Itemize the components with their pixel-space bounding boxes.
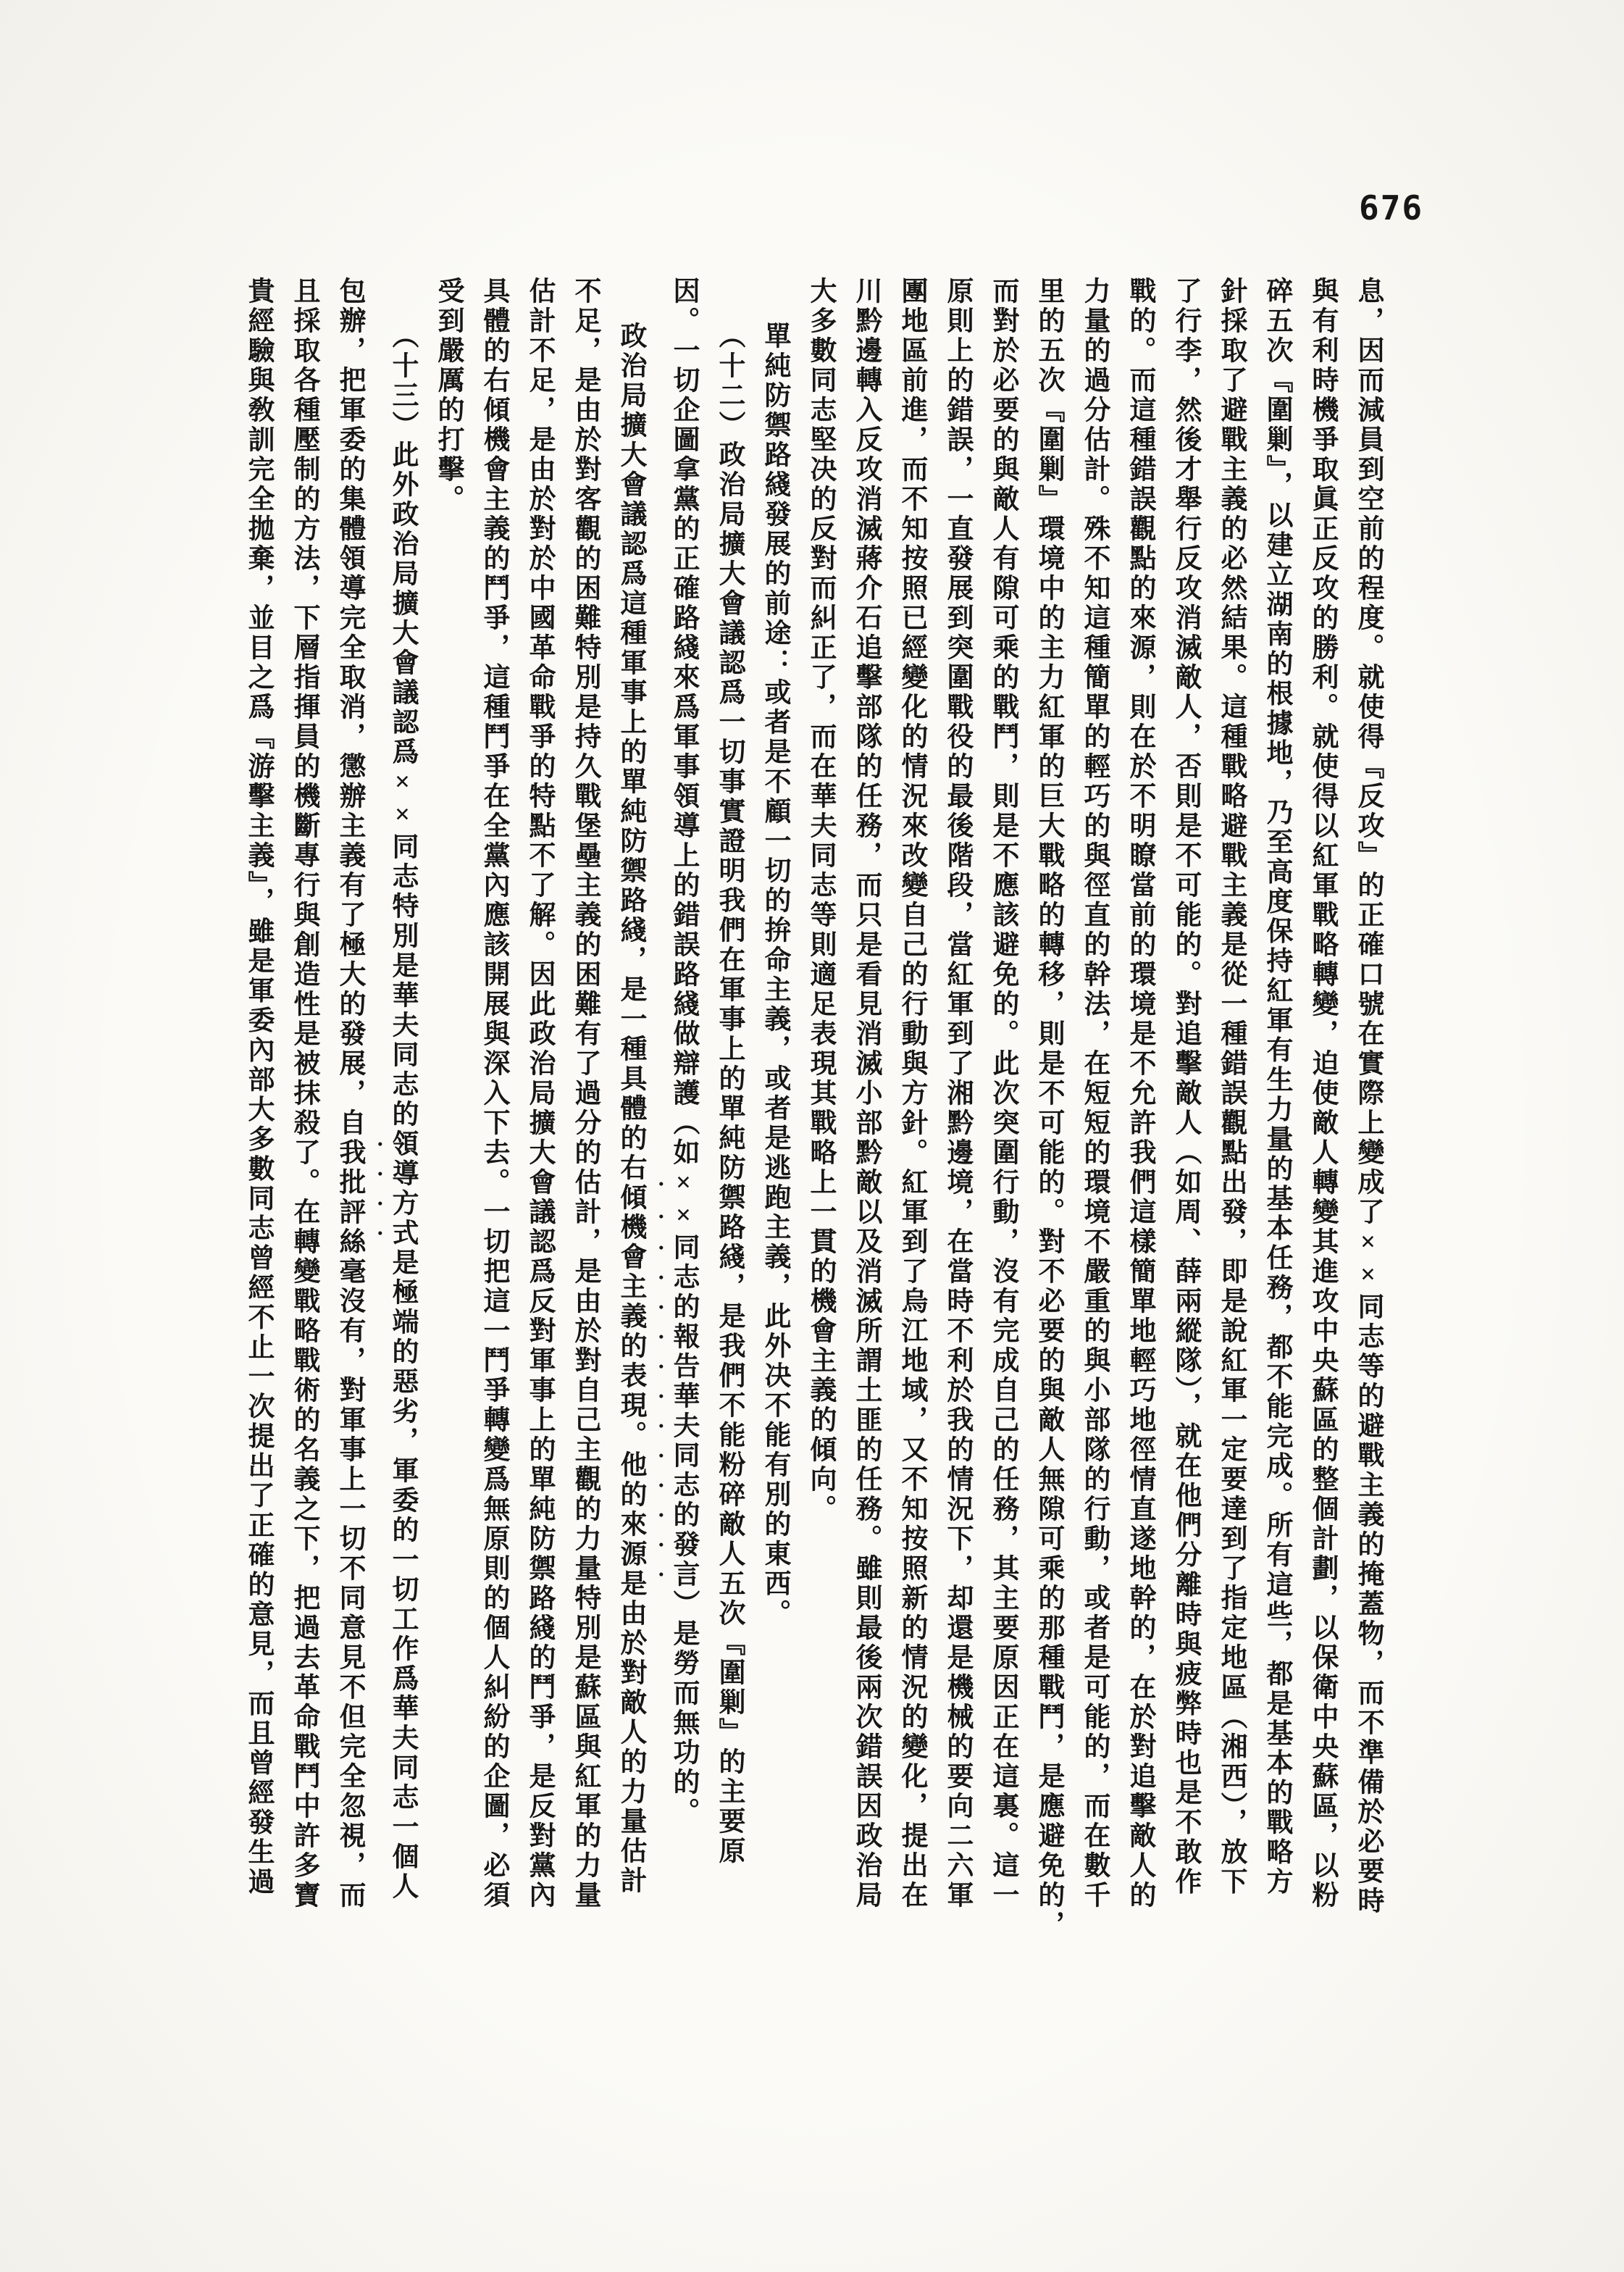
text-segment: ）是勞而無功的。: [669, 1590, 698, 1827]
text-segment: 與有利時機爭取眞正反攻的勝利。就使得以紅軍戰略轉變，迫使敵人轉變其進攻中央蘇區的…: [1307, 277, 1337, 1910]
text-segment: （十二）政治局擴大會議認爲一切事實證明我們在軍事上的單純防禦路綫，是我們不能粉碎…: [714, 322, 744, 1866]
emphasized-text: 領導方式: [388, 1129, 417, 1248]
text-segment: 戰的。而這種錯誤觀點的來源，則在於不明瞭當前的環境是不允許我們這樣簡單地輕巧地徑…: [1125, 277, 1155, 1910]
text-column-21: 受到嚴厲的打擊。: [425, 277, 471, 1966]
text-segment: 政治局擴大會議認爲這種軍事上的單純防禦路綫，是一種具體的右傾機會主義的表現。他的…: [616, 322, 645, 1896]
text-column-22: （十三）此外政治局擴大會議認爲××同志特別是華夫同志的領導方式是極端的惡劣，軍委…: [372, 277, 425, 1966]
text-segment: 具體的右傾機會主義的鬥爭，這種鬥爭在全黨內應該開展與深入下去。一切把這一鬥爭轉變…: [479, 277, 508, 1910]
text-column-16: 因。一切企圖拿黨的正確路綫來爲軍事領導上的錯誤路綫做辯護（如××同志的報告華夫同…: [653, 277, 706, 1966]
text-segment: 息，因而減員到空前的程度。就使得『反攻』的正確口號在實際上變成了××同志等的避戰…: [1353, 277, 1383, 1916]
text-column-15: （十二）政治局擴大會議認爲一切事實證明我們在軍事上的單純防禦路綫，是我們不能粉碎…: [706, 277, 752, 1966]
text-segment: 針採取了避戰主義的必然結果。這種戰略避戰主義是從一種錯誤觀點出發，即是說紅軍一定…: [1216, 277, 1246, 1897]
text-column-25: 貴經驗與敎訓完全拋棄，並目之爲『游擊主義』，雖是軍委內部大多數同志曾經不止一次提…: [235, 277, 281, 1966]
text-column-13: 大多數同志堅决的反對而糾正了，而在華夫同志等則適足表現其戰略上一貫的機會主義的傾…: [798, 277, 843, 1966]
text-segment: 因。一切企圖拿黨的正確路綫來爲軍事領導上的錯誤路綫做辯護（如: [669, 277, 698, 1168]
text-column-19: 估計不足，是由於對於中國革命戰爭的特點不了解。因此政治局擴大會議認爲反對軍事上的…: [516, 277, 562, 1966]
text-segment: 包辦，把軍委的集體領導完全取消，懲辦主義有了極大的發展，自我批評絲毫沒有，對軍事…: [335, 277, 364, 1910]
text-column-10: 原則上的錯誤，一直發展到突圍戰役的最後階段，當紅軍到了湘黔邊境，在當時不利於我的…: [934, 277, 980, 1966]
text-column-23: 包辦，把軍委的集體領導完全取消，懲辦主義有了極大的發展，自我批評絲毫沒有，對軍事…: [327, 277, 372, 1966]
text-segment: 估計不足，是由於對於中國革命戰爭的特點不了解。因此政治局擴大會議認爲反對軍事上的…: [524, 277, 554, 1910]
scanned-page: 676 息，因而減員到空前的程度。就使得『反攻』的正確口號在實際上變成了××同志…: [0, 0, 1624, 2272]
text-column-5: 了行李，然後才舉行反攻消滅敵人，否則是不可能的。對追擊敵人（如周、薛兩縱隊），就…: [1163, 277, 1208, 1966]
text-segment: （十三）此外政治局擴大會議認爲××同志特別是華夫同志的: [388, 322, 417, 1129]
text-segment: 里的五次『圍剿』環境中的主力紅軍的巨大戰略的轉移，則是不可能的。對不必要的與敵人…: [1034, 277, 1063, 1940]
text-segment: 力量的過分估計。殊不知這種簡單的輕巧的與徑直的幹法，在短短的環境不嚴重的與小部隊…: [1079, 277, 1109, 1910]
text-segment: 而對於必要的與敵人有隙可乘的戰鬥，則是不應該避免的。此次突圍行動，沒有完成自己的…: [988, 277, 1018, 1910]
text-column-11: 團地區前進，而不知按照已經變化的情況來改變自己的行動與方針。紅軍到了烏江地域，又…: [889, 277, 934, 1966]
text-column-8: 里的五次『圍剿』環境中的主力紅軍的巨大戰略的轉移，則是不可能的。對不必要的與敵人…: [1026, 277, 1071, 1966]
text-column-2: 與有利時機爭取眞正反攻的勝利。就使得以紅軍戰略轉變，迫使敵人轉變其進攻中央蘇區的…: [1299, 277, 1345, 1966]
text-column-3: 碎五次『圍剿』，以建立湖南的根據地，乃至高度保持紅軍有生力量的基本任務，都不能完…: [1254, 277, 1299, 1966]
text-segment: 是極端的惡劣，軍委的一切工作爲華夫同志一個人: [388, 1248, 417, 1902]
text-segment: 貴經驗與敎訓完全拋棄，並目之爲『游擊主義』，雖是軍委內部大多數同志曾經不止一次提…: [243, 277, 273, 1897]
text-column-24: 且採取各種壓制的方法，下層指揮員的機斷專行與創造性是被抹殺了。在轉變戰略戰術的名…: [281, 277, 327, 1966]
text-segment: 碎五次『圍剿』，以建立湖南的根據地，乃至高度保持紅軍有生力量的基本任務，都不能完…: [1262, 277, 1292, 1897]
text-column-17: 政治局擴大會議認爲這種軍事上的單純防禦路綫，是一種具體的右傾機會主義的表現。他的…: [608, 277, 653, 1966]
emphasized-text: ××同志的報告華夫同志的發言: [669, 1168, 698, 1590]
text-segment: 且採取各種壓制的方法，下層指揮員的機斷專行與創造性是被抹殺了。在轉變戰略戰術的名…: [289, 277, 319, 1910]
text-column-6: 戰的。而這種錯誤觀點的來源，則在於不明瞭當前的環境是不允許我們這樣簡單地輕巧地徑…: [1117, 277, 1163, 1966]
page-number: 676: [1359, 188, 1423, 227]
text-segment: 川黔邊轉入反攻消滅蔣介石追擊部隊的任務，而只是看見消滅小部黔敵以及消滅所謂土匪的…: [851, 277, 881, 1910]
text-column-18: 不足，是由於對客觀的困難特別是持久戰堡壘主義的困難有了過分的估計，是由於對自己主…: [562, 277, 608, 1966]
text-column-12: 川黔邊轉入反攻消滅蔣介石追擊部隊的任務，而只是看見消滅小部黔敵以及消滅所謂土匪的…: [843, 277, 889, 1966]
text-column-4: 針採取了避戰主義的必然結果。這種戰略避戰主義是從一種錯誤觀點出發，即是說紅軍一定…: [1208, 277, 1254, 1966]
text-segment: 不足，是由於對客觀的困難特別是持久戰堡壘主義的困難有了過分的估計，是由於對自己主…: [570, 277, 600, 1910]
text-segment: 受到嚴厲的打擊。: [433, 277, 463, 514]
text-column-7: 力量的過分估計。殊不知這種簡單的輕巧的與徑直的幹法，在短短的環境不嚴重的與小部隊…: [1071, 277, 1117, 1966]
document-text: 息，因而減員到空前的程度。就使得『反攻』的正確口號在實際上變成了××同志等的避戰…: [248, 277, 1391, 1966]
text-segment: 了行李，然後才舉行反攻消滅敵人，否則是不可能的。對追擊敵人（如周、薛兩縱隊），就…: [1171, 277, 1200, 1897]
text-column-1: 息，因而減員到空前的程度。就使得『反攻』的正確口號在實際上變成了××同志等的避戰…: [1345, 277, 1391, 1966]
text-column-20: 具體的右傾機會主義的鬥爭，這種鬥爭在全黨內應該開展與深入下去。一切把這一鬥爭轉變…: [471, 277, 516, 1966]
text-column-9: 而對於必要的與敵人有隙可乘的戰鬥，則是不應該避免的。此次突圍行動，沒有完成自己的…: [980, 277, 1026, 1966]
text-segment: 原則上的錯誤，一直發展到突圍戰役的最後階段，當紅軍到了湘黔邊境，在當時不利於我的…: [942, 277, 972, 1910]
text-segment: 大多數同志堅决的反對而糾正了，而在華夫同志等則適足表現其戰略上一貫的機會主義的傾…: [805, 277, 835, 1524]
text-segment: 團地區前進，而不知按照已經變化的情況來改變自己的行動與方針。紅軍到了烏江地域，又…: [897, 277, 926, 1910]
text-segment: 單純防禦路綫發展的前途：或者是不顧一切的拚命主義，或者是逃跑主義，此外决不能有別…: [760, 322, 790, 1629]
text-column-14: 單純防禦路綫發展的前途：或者是不顧一切的拚命主義，或者是逃跑主義，此外决不能有別…: [752, 277, 798, 1966]
